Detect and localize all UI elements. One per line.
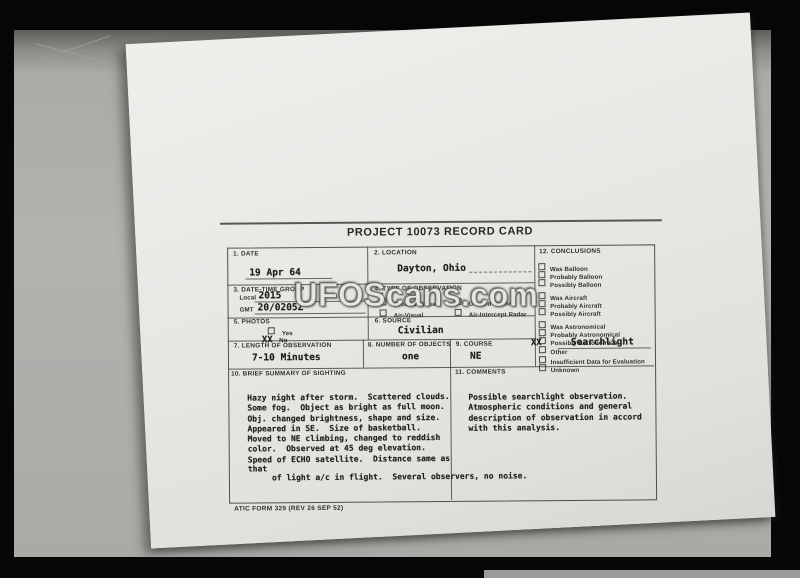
conclusion-unknown: Unknown — [539, 359, 579, 377]
length-of-observation-value: 7-10 Minutes — [252, 352, 321, 364]
location-label: 2. LOCATION — [374, 249, 417, 256]
date-label: 1. DATE — [233, 250, 259, 257]
conclusion-checkbox — [539, 365, 546, 372]
card-title: PROJECT 10073 RECORD CARD — [227, 224, 653, 239]
conclusions-label: 12. CONCLUSIONS — [539, 248, 601, 255]
course-label: 9. COURSE — [456, 341, 493, 348]
comments-line: with this analysis. — [469, 422, 642, 434]
comments-line: description of observation in accord — [468, 412, 641, 424]
photos-label: 5. PHOTOS — [234, 318, 270, 325]
source-value: Civilian — [398, 325, 444, 336]
number-of-objects-value: one — [402, 351, 419, 362]
location-value: Dayton, Ohio — [397, 263, 466, 275]
comments-label: 11. COMMENTS — [455, 368, 506, 375]
course-value: NE — [470, 351, 482, 362]
grid-line — [363, 340, 364, 368]
local-value: 2015 — [258, 290, 281, 301]
conclusion-checkbox — [539, 309, 546, 316]
source-label: 6. SOURCE — [375, 317, 412, 324]
watermark-text: UFOScans.com — [294, 276, 538, 314]
form-number-footer: ATIC FORM 329 (REV 26 SEP 52) — [234, 505, 343, 513]
number-of-objects-label: 8. NUMBER OF OBJECTS — [368, 341, 451, 349]
conclusion-other-mark: XX — [531, 338, 542, 348]
conclusion-other-value: Searchlight — [571, 336, 634, 347]
gmt-label: GMT — [240, 306, 254, 313]
length-of-observation-label: 7. LENGTH OF OBSERVATION — [234, 342, 332, 350]
conclusion-checkbox — [538, 280, 545, 287]
summary-line: of light a/c in flight. Several observer… — [248, 471, 527, 483]
comments-text: Possible searchlight observation. Atmosp… — [468, 391, 642, 434]
summary-label: 10. BRIEF SUMMARY OF SIGHTING — [231, 370, 346, 378]
